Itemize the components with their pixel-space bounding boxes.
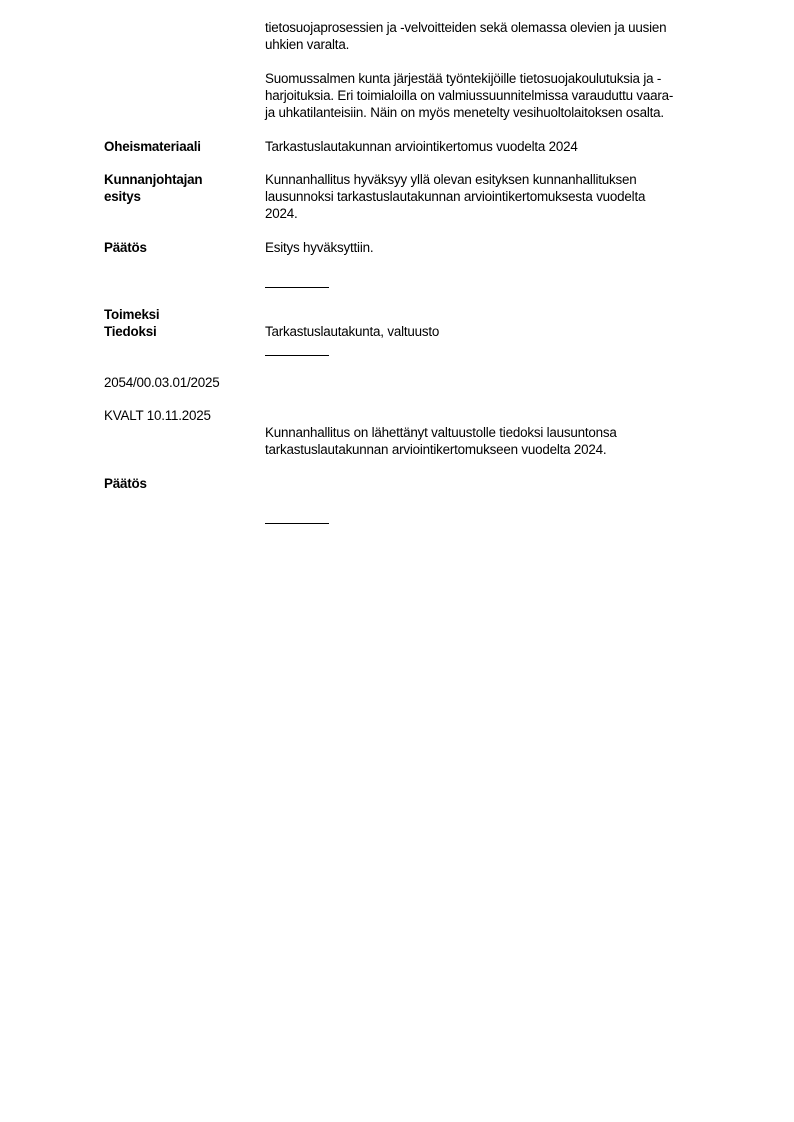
kunnanjohtajan-esitys-label: esitys — [104, 188, 141, 205]
body-text-line: ja uhkatilanteisiin. Näin on myös menete… — [265, 104, 664, 121]
kvalt-text: tarkastuslautakunnan arviointikertomukse… — [265, 441, 606, 458]
case-number: 2054/00.03.01/2025 — [104, 374, 220, 391]
body-text-line: Suomussalmen kunta järjestää työntekijöi… — [265, 70, 661, 87]
kunnanjohtajan-esitys-label: Kunnanjohtajan — [104, 171, 202, 188]
tiedoksi-value: Tarkastuslautakunta, valtuusto — [265, 323, 439, 340]
body-text-line: harjoituksia. Eri toimialoilla on valmiu… — [265, 87, 673, 104]
kunnanjohtajan-esitys-text: lausunnoksi tarkastuslautakunnan arvioin… — [265, 188, 645, 205]
paatos-label: Päätös — [104, 475, 147, 492]
kvalt-label: KVALT 10.11.2025 — [104, 407, 211, 424]
tiedoksi-label: Tiedoksi — [104, 323, 156, 340]
section-divider — [265, 355, 329, 356]
kunnanjohtajan-esitys-text: 2024. — [265, 205, 298, 222]
toimeksi-label: Toimeksi — [104, 306, 159, 323]
body-text-line: tietosuojaprosessien ja -velvoitteiden s… — [265, 19, 666, 36]
paatos-label: Päätös — [104, 239, 147, 256]
kvalt-text: Kunnanhallitus on lähettänyt valtuustoll… — [265, 424, 617, 441]
section-divider — [265, 287, 329, 288]
kunnanjohtajan-esitys-text: Kunnanhallitus hyväksyy yllä olevan esit… — [265, 171, 637, 188]
section-divider — [265, 523, 329, 524]
oheismateriaali-value: Tarkastuslautakunnan arviointikertomus v… — [265, 138, 578, 155]
oheismateriaali-label: Oheismateriaali — [104, 138, 201, 155]
body-text-line: uhkien varalta. — [265, 36, 349, 53]
paatos-value: Esitys hyväksyttiin. — [265, 239, 373, 256]
